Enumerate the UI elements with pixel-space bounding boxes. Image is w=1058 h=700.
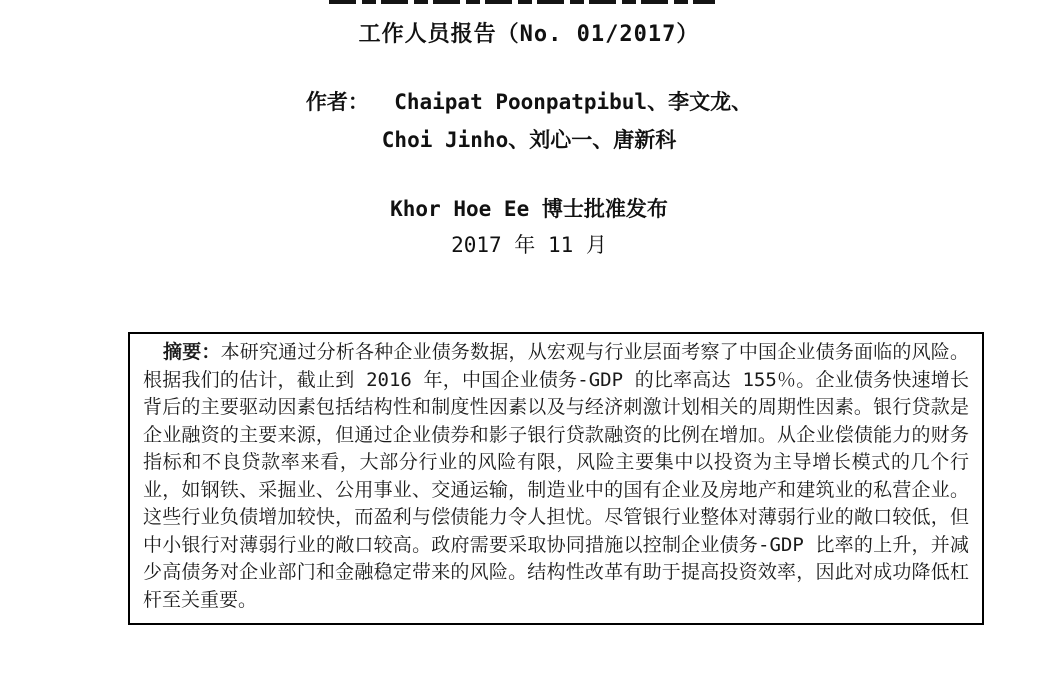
document-page: 工作人员报告（No. 01/2017） 作者： Chaipat Poonpatp… [0, 0, 1058, 700]
publication-date: 2017 年 11 月 [0, 229, 1058, 259]
abstract-body: 本研究通过分析各种企业债务数据，从宏观与行业层面考察了中国企业债务面临的风险。根… [143, 341, 969, 611]
clipped-title-text-fragment [329, 0, 715, 4]
authors-line-2: Choi Jinho、刘心一、唐新科 [0, 124, 1058, 154]
approval-line: Khor Hoe Ee 博士批准发布 [0, 193, 1058, 223]
authors-line-1: 作者： Chaipat Poonpatpibul、李文龙、 [0, 86, 1058, 116]
abstract-label: 摘要： [163, 341, 221, 363]
abstract-box: 摘要：本研究通过分析各种企业债务数据，从宏观与行业层面考察了中国企业债务面临的风… [128, 332, 984, 625]
abstract-paragraph: 摘要：本研究通过分析各种企业债务数据，从宏观与行业层面考察了中国企业债务面临的风… [143, 339, 969, 614]
report-number-line: 工作人员报告（No. 01/2017） [0, 17, 1058, 48]
